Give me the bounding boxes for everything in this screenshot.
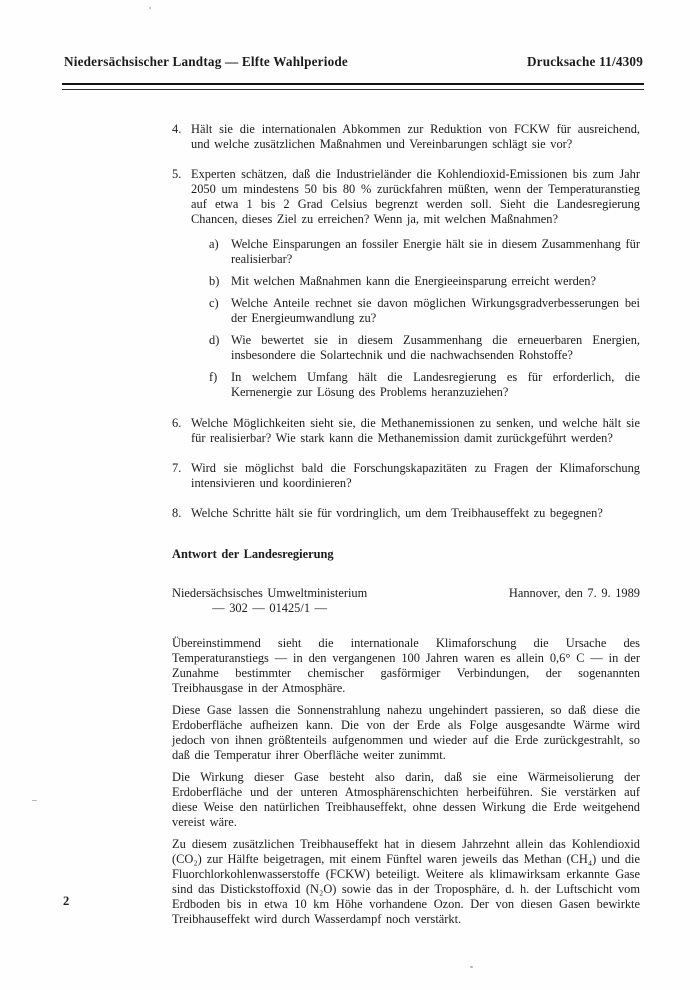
place-and-date: Hannover, den 7. 9. 1989 <box>509 586 640 616</box>
answer-paragraphs: Übereinstimmend sieht die internationale… <box>172 636 640 927</box>
subitem-c: c) Welche Anteile rechnet sie davon mögl… <box>209 296 640 326</box>
subitem-a: a) Welche Einsparungen an fossiler Energ… <box>209 237 640 267</box>
header-rule <box>62 83 644 90</box>
question-number: 8. <box>172 506 191 521</box>
answer-paragraph-3: Die Wirkung dieser Gase besteht also dar… <box>172 770 640 830</box>
question-body: Experten schätzen, daß die Industrieländ… <box>191 167 640 401</box>
scan-speck <box>32 800 37 801</box>
question-item-7: 7. Wird sie möglichst bald die Forschung… <box>172 461 640 491</box>
ministry-block: Niedersächsisches Umweltministerium — 30… <box>172 586 367 616</box>
answer-section-heading: Antwort der Landesregierung <box>172 547 640 562</box>
question-number: 7. <box>172 461 191 491</box>
question-item-8: 8. Welche Schritte hält sie für vordring… <box>172 506 640 521</box>
question-5-subitems: a) Welche Einsparungen an fossiler Energ… <box>209 237 640 400</box>
subitem-text: Mit welchen Maßnahmen kann die Energieei… <box>231 274 640 289</box>
subitem-text: In welchem Umfang hält die Landesregieru… <box>231 370 640 400</box>
subitem-text: Wie bewertet sie in diesem Zusammenhang … <box>231 333 640 363</box>
document-body: 4. Hält sie die internationalen Abkommen… <box>172 122 640 934</box>
question-number: 6. <box>172 416 191 446</box>
subitem-b: b) Mit welchen Maßnahmen kann die Energi… <box>209 274 640 289</box>
scan-speck <box>470 966 473 968</box>
question-text: Wird sie möglichst bald die Forschungska… <box>191 461 640 491</box>
question-text: Welche Schritte hält sie für vordringlic… <box>191 506 640 521</box>
answer-paragraph-4: Zu diesem zusätzlichen Treibhauseffekt h… <box>172 837 640 927</box>
question-item-4: 4. Hält sie die internationalen Abkommen… <box>172 122 640 152</box>
question-text: Hält sie die internationalen Abkommen zu… <box>191 122 640 152</box>
subitem-letter: d) <box>209 333 231 363</box>
answer-paragraph-1: Übereinstimmend sieht die internationale… <box>172 636 640 696</box>
subitem-letter: b) <box>209 274 231 289</box>
header-document-number: Drucksache 11/4309 <box>527 54 643 70</box>
subitem-letter: f) <box>209 370 231 400</box>
page-number: 2 <box>63 894 69 909</box>
scanned-document-page: Niedersächsischer Landtag — Elfte Wahlpe… <box>0 0 700 990</box>
ministry-dateline-row: Niedersächsisches Umweltministerium — 30… <box>172 586 640 616</box>
question-number: 4. <box>172 122 191 152</box>
subitem-text: Welche Einsparungen an fossiler Energie … <box>231 237 640 267</box>
question-item-5: 5. Experten schätzen, daß die Industriel… <box>172 167 640 401</box>
subitem-text: Welche Anteile rechnet sie davon möglich… <box>231 296 640 326</box>
subitem-letter: c) <box>209 296 231 326</box>
subitem-letter: a) <box>209 237 231 267</box>
subitem-d: d) Wie bewertet sie in diesem Zusammenha… <box>209 333 640 363</box>
question-text: Experten schätzen, daß die Industrieländ… <box>191 167 640 226</box>
question-number: 5. <box>172 167 191 401</box>
ministry-name: Niedersächsisches Umweltministerium <box>172 586 367 601</box>
subitem-f: f) In welchem Umfang hält die Landesregi… <box>209 370 640 400</box>
question-text: Welche Möglichkeiten sieht sie, die Meth… <box>191 416 640 446</box>
answer-paragraph-2: Diese Gase lassen die Sonnenstrahlung na… <box>172 703 640 763</box>
header-parliament-title: Niedersächsischer Landtag — Elfte Wahlpe… <box>64 54 348 70</box>
scan-speck <box>149 7 151 9</box>
question-item-6: 6. Welche Möglichkeiten sieht sie, die M… <box>172 416 640 446</box>
page-header: Niedersächsischer Landtag — Elfte Wahlpe… <box>64 54 643 70</box>
file-reference: — 302 — 01425/1 — <box>172 601 367 616</box>
